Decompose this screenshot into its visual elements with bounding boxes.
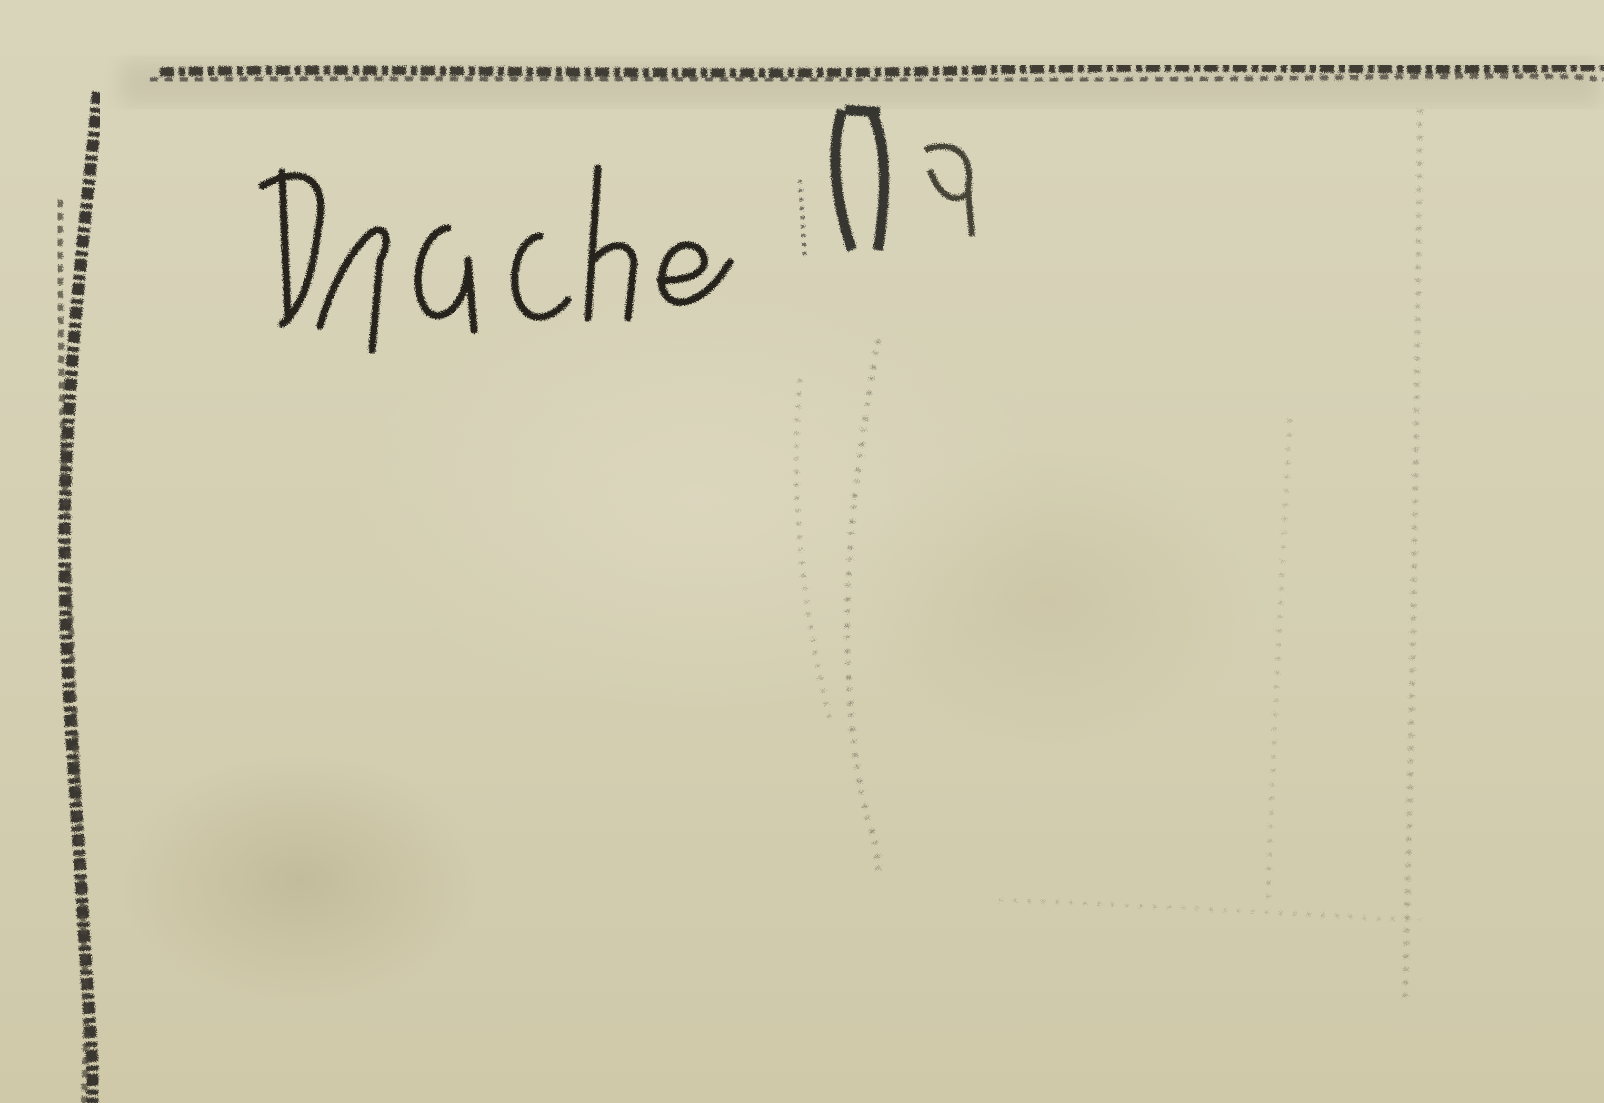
charcoal-drawing: [0, 0, 1604, 1103]
paper-sheet: Drache: [0, 0, 1604, 1103]
handwritten-inscription: [262, 168, 730, 350]
faint-vertical-line-right: [1000, 110, 1420, 1000]
faint-vertical-line-center: [796, 340, 878, 880]
inscription-mark: [800, 108, 972, 260]
left-border-line: [60, 92, 98, 1103]
